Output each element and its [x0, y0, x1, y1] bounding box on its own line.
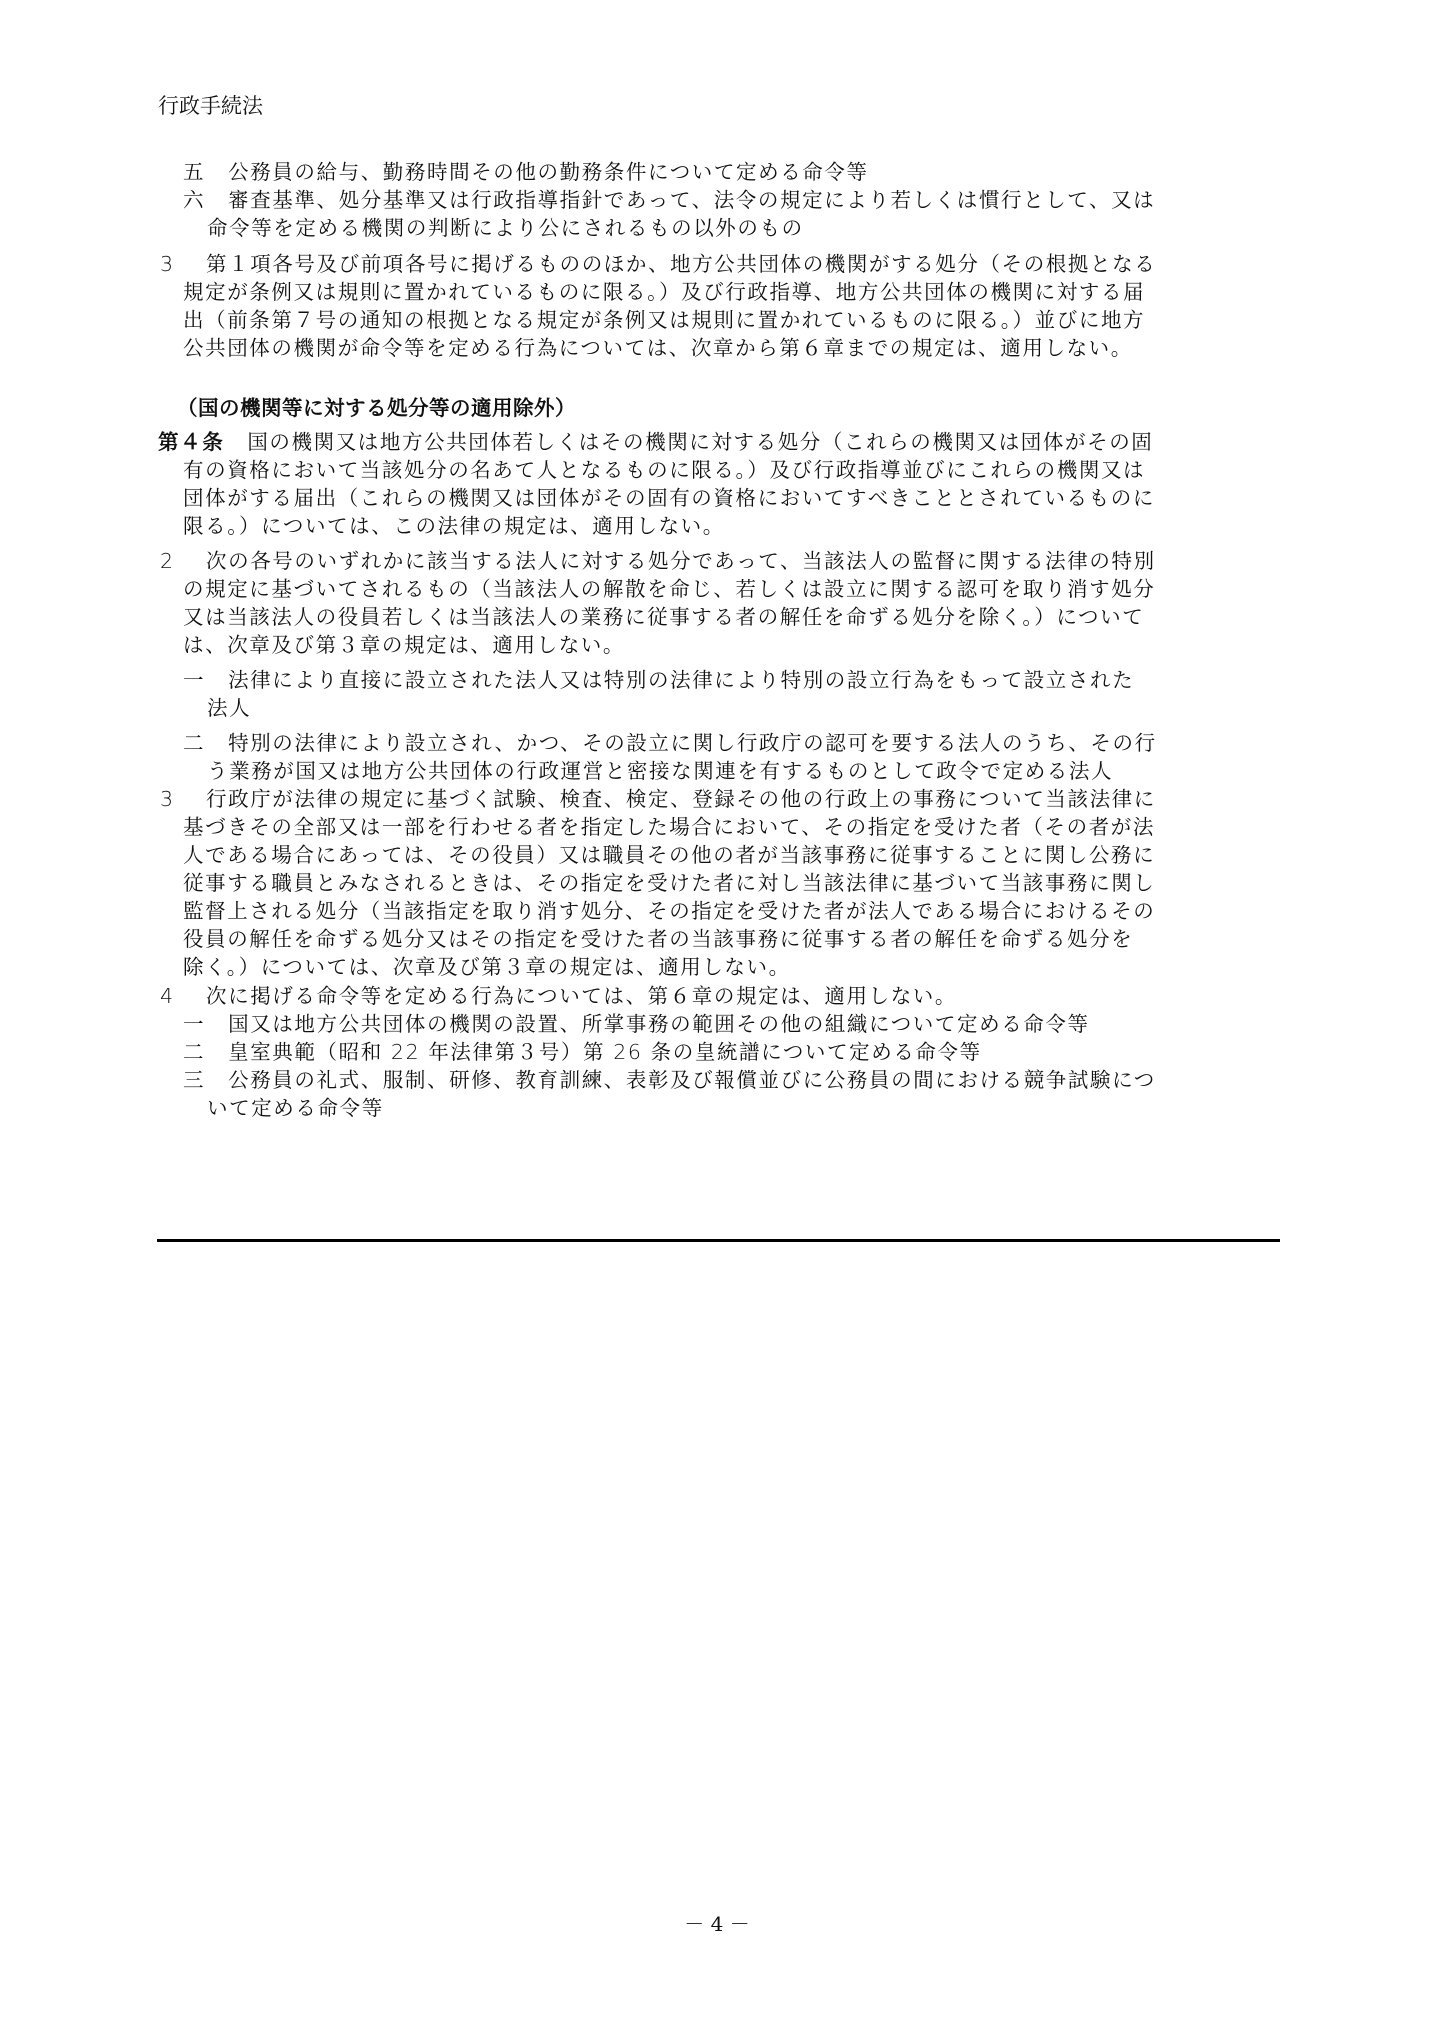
- paragraph-line: 3行政庁が法律の規定に基づく試験、検査、検定、登録その他の行政上の事務について当…: [160, 785, 1156, 813]
- paragraph-text: 行政庁が法律の規定に基づく試験、検査、検定、登録その他の行政上の事務について当該…: [206, 787, 1156, 811]
- continuation-line: 除く。）については、次章及び第３章の規定は、適用しない。: [183, 953, 791, 981]
- continuation-line: 監督上される処分（当該指定を取り消す処分、その指定を受けた者が法人である場合にお…: [183, 897, 1155, 925]
- continuation-line: は、次章及び第３章の規定は、適用しない。: [183, 631, 625, 659]
- running-header-title: 行政手続法: [158, 92, 263, 120]
- continuation-line: 出（前条第７号の通知の根拠となる規定が条例又は規則に置かれているものに限る。）並…: [183, 306, 1145, 334]
- item-text: 皇室典範（昭和 22 年法律第３号）第 26 条の皇統譜について定める命令等: [228, 1040, 982, 1064]
- item-text: 公務員の給与、勤務時間その他の勤務条件について定める命令等: [228, 160, 869, 184]
- article-text: 国の機関又は地方公共団体若しくはその機関に対する処分（これらの機関又は団体がその…: [247, 430, 1153, 454]
- continuation-line: 限る。）については、この法律の規定は、適用しない。: [183, 512, 725, 540]
- list-item: 一国又は地方公共団体の機関の設置、所掌事務の範囲その他の組織について定める命令等: [183, 1010, 1090, 1038]
- item-text: 公務員の礼式、服制、研修、教育訓練、表彰及び報償並びに公務員の間における競争試験…: [228, 1068, 1156, 1092]
- item-marker: 一: [183, 1010, 205, 1038]
- paragraph-line: 3第１項各号及び前項各号に掲げるもののほか、地方公共団体の機関がする処分（その根…: [160, 250, 1156, 278]
- item-marker: 三: [183, 1066, 205, 1094]
- continuation-line: う業務が国又は地方公共団体の行政運営と密接な関連を有するものとして政令で定める法…: [207, 757, 1113, 785]
- continuation-line: 従事する職員とみなされるときは、その指定を受けた者に対し当該法律に基づいて当該事…: [183, 869, 1155, 897]
- paragraph-number: 2: [160, 547, 183, 575]
- list-item: 二皇室典範（昭和 22 年法律第３号）第 26 条の皇統譜について定める命令等: [183, 1038, 982, 1066]
- continuation-line: 団体がする届出（これらの機関又は団体がその固有の資格においてすべきこととされてい…: [183, 484, 1155, 512]
- paragraph-number: 3: [160, 785, 183, 813]
- item-marker: 六: [183, 186, 205, 214]
- continuation-line: の規定に基づいてされるもの（当該法人の解散を命じ、若しくは設立に関する認可を取り…: [183, 575, 1155, 603]
- paragraph-line: 2次の各号のいずれかに該当する法人に対する処分であって、当該法人の監督に関する法…: [160, 547, 1156, 575]
- continuation-line: 命令等を定める機関の判断により公にされるもの以外のもの: [207, 214, 804, 242]
- continuation-line: 又は当該法人の役員若しくは当該法人の業務に従事する者の解任を命ずる処分を除く。）…: [183, 603, 1144, 631]
- document-page: 行政手続法 五公務員の給与、勤務時間その他の勤務条件について定める命令等 六審査…: [0, 0, 1434, 2025]
- continuation-line: 人である場合にあっては、その役員）又は職員その他の者が当該事務に従事することに関…: [183, 841, 1155, 869]
- item-text: 国又は地方公共団体の機関の設置、所掌事務の範囲その他の組織について定める命令等: [228, 1012, 1090, 1036]
- continuation-line: 公共団体の機関が命令等を定める行為については、次章から第６章までの規定は、適用し…: [183, 334, 1133, 362]
- paragraph-number: 4: [160, 982, 183, 1010]
- list-item: 五公務員の給与、勤務時間その他の勤務条件について定める命令等: [183, 158, 869, 186]
- item-marker: 五: [183, 158, 205, 186]
- paragraph-text: 次の各号のいずれかに該当する法人に対する処分であって、当該法人の監督に関する法律…: [206, 549, 1156, 573]
- item-text: 法律により直接に設立された法人又は特別の法律により特別の設立行為をもって設立され…: [228, 668, 1134, 692]
- paragraph-text: 次に掲げる命令等を定める行為については、第６章の規定は、適用しない。: [206, 984, 957, 1008]
- item-marker: 一: [183, 666, 205, 694]
- list-item: 一法律により直接に設立された法人又は特別の法律により特別の設立行為をもって設立さ…: [183, 666, 1134, 694]
- item-text: 特別の法律により設立され、かつ、その設立に関し行政庁の認可を要する法人のうち、そ…: [228, 731, 1157, 755]
- continuation-line: 法人: [207, 694, 251, 722]
- item-marker: 二: [183, 729, 205, 757]
- continuation-line: 規定が条例又は規則に置かれているものに限る。）及び行政指導、地方公共団体の機関に…: [183, 278, 1145, 306]
- article-heading: （国の機関等に対する処分等の適用除外）: [177, 394, 576, 422]
- paragraph-number: 3: [160, 250, 183, 278]
- article-first-line: 第４条国の機関又は地方公共団体若しくはその機関に対する処分（これらの機関又は団体…: [158, 428, 1153, 456]
- paragraph-line: 4次に掲げる命令等を定める行為については、第６章の規定は、適用しない。: [160, 982, 957, 1010]
- continuation-line: 有の資格において当該処分の名あて人となるものに限る。）及び行政指導並びにこれらの…: [183, 456, 1145, 484]
- page-number: － 4 －: [0, 1910, 1434, 1938]
- paragraph-text: 第１項各号及び前項各号に掲げるもののほか、地方公共団体の機関がする処分（その根拠…: [206, 252, 1156, 276]
- continuation-line: いて定める命令等: [207, 1094, 384, 1122]
- item-text: 審査基準、処分基準又は行政指導指針であって、法令の規定により若しくは慣行として、…: [228, 188, 1155, 212]
- end-rule-divider: [157, 1239, 1280, 1242]
- list-item: 六審査基準、処分基準又は行政指導指針であって、法令の規定により若しくは慣行として…: [183, 186, 1155, 214]
- article-number: 第４条: [158, 428, 224, 456]
- item-marker: 二: [183, 1038, 205, 1066]
- continuation-line: 基づきその全部又は一部を行わせる者を指定した場合において、その指定を受けた者（そ…: [183, 813, 1155, 841]
- continuation-line: 役員の解任を命ずる処分又はその指定を受けた者の当該事務に従事する者の解任を命ずる…: [183, 925, 1133, 953]
- list-item: 三公務員の礼式、服制、研修、教育訓練、表彰及び報償並びに公務員の間における競争試…: [183, 1066, 1156, 1094]
- list-item: 二特別の法律により設立され、かつ、その設立に関し行政庁の認可を要する法人のうち、…: [183, 729, 1157, 757]
